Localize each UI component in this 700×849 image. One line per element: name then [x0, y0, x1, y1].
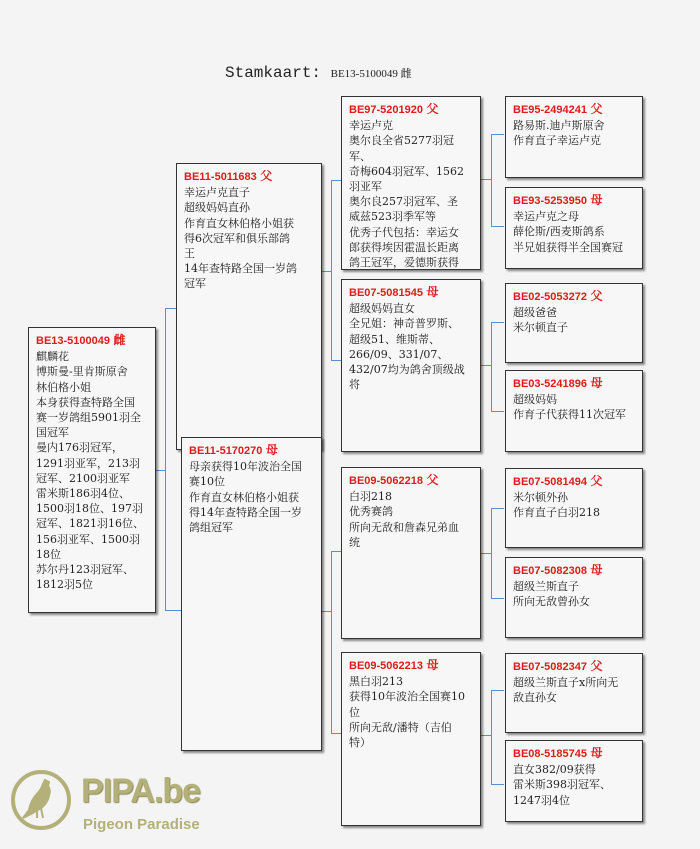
card-line: 超级51、维斯蒂、	[349, 332, 474, 347]
card-line: 威兹523羽季军等	[349, 209, 474, 224]
connector	[331, 551, 332, 733]
ring-number: BE09-5062213	[349, 660, 423, 672]
card-line: 冠军、1821羽16位、	[36, 516, 149, 531]
card-line: 本身获得查特路全国	[36, 395, 149, 410]
connector	[165, 308, 166, 610]
card-line: 优秀子代包括：幸运女	[349, 225, 474, 240]
card-line: 母亲获得10年波治全国	[189, 459, 315, 474]
sex-marker: 雌	[114, 333, 126, 347]
connector	[321, 611, 331, 612]
ring-number: BE95-2494241	[513, 104, 587, 116]
great-grandparent-card: BE02-5053272 父 超级爸爸 米尔顿直子	[505, 283, 643, 363]
connector	[331, 551, 341, 552]
ring-number: BE11-5170270	[189, 445, 262, 457]
card-line: 18位	[36, 547, 149, 562]
card-line: 路易斯.迪卢斯原舍	[513, 118, 636, 133]
connector	[331, 733, 341, 734]
card-line: 薛伦斯/西麦斯鸽系	[513, 224, 636, 239]
connector	[491, 508, 492, 598]
ring-header: BE97-5201920 父	[349, 102, 474, 118]
card-line: 156羽亚军、1500羽	[36, 532, 149, 547]
card-line: 14年查特路全国一岁鸽	[184, 261, 315, 276]
connector	[481, 735, 491, 736]
sex-marker: 母	[591, 563, 603, 577]
pigeon-emblem-icon	[11, 770, 71, 830]
pedigree-title: Stamkaart: BE13-5100049 雌	[225, 64, 412, 82]
ring-header: BE11-5011683 父	[184, 169, 315, 185]
great-grandparent-card: BE93-5253950 母 幸运卢克之母 薛伦斯/西麦斯鸽系 半兄姐获得半全国…	[505, 187, 643, 269]
card-line: 幸运卢克直子	[184, 185, 315, 200]
ring-header: BE13-5100049 雌	[36, 333, 149, 349]
ring-header: BE08-5185745 母	[513, 746, 636, 762]
subject-card: BE13-5100049 雌 麒麟花 博斯曼-里肯斯原舍 林伯格小姐 本身获得查…	[28, 327, 156, 613]
card-line: 奇梅604羽冠军、1562	[349, 164, 474, 179]
ring-number: BE93-5253950	[513, 195, 587, 207]
card-line: 冠军、2100羽亚军	[36, 471, 149, 486]
card-line: 国冠军	[36, 425, 149, 440]
connector	[491, 690, 492, 784]
grandparent-card: BE09-5062218 父 白羽218 优秀赛鸽 所向无敌和詹森兄弟血 统	[341, 467, 481, 639]
ring-header: BE03-5241896 母	[513, 376, 636, 392]
card-line: 麒麟花	[36, 349, 149, 364]
great-grandparent-card: BE07-5082347 父 超级兰斯直子x所向无 敌直孙女	[505, 653, 643, 733]
card-line: 幸运卢克	[349, 118, 474, 133]
card-line: 特）	[349, 735, 474, 750]
ring-header: BE95-2494241 父	[513, 102, 636, 118]
ring-number: BE13-5100049	[36, 335, 110, 347]
card-line: 米尔顿直子	[513, 320, 636, 335]
ring-number: BE07-5081494	[513, 476, 587, 488]
connector	[491, 322, 504, 323]
card-line: 432/07均为鸽舍顶级战	[349, 362, 474, 377]
card-line: 作育直女林伯格小姐获	[189, 490, 315, 505]
card-line: 获得10年波治全国赛10	[349, 689, 474, 704]
connector	[491, 690, 504, 691]
card-line: 白羽218	[349, 489, 474, 504]
card-line: 所向无敌/潘特（吉伯	[349, 720, 474, 735]
card-line: 所向无敌曾孙女	[513, 594, 636, 609]
connector	[491, 784, 504, 785]
ring-number: BE07-5081545	[349, 287, 423, 299]
logo-tagline: Pigeon Paradise	[83, 816, 200, 833]
card-line: 雷米斯186羽4位、	[36, 486, 149, 501]
card-line: 超级妈妈直孙	[184, 200, 315, 215]
connector	[165, 308, 176, 309]
card-line: 博斯曼-里肯斯原舍	[36, 364, 149, 379]
sex-marker: 父	[591, 659, 603, 673]
card-line: 1291羽亚军，213羽	[36, 456, 149, 471]
grandparent-card: BE07-5081545 母 超级妈妈直女 全兄姐：神奇普罗斯、 超级51、维斯…	[341, 279, 481, 452]
ring-header: BE02-5053272 父	[513, 289, 636, 305]
card-line: 优秀赛鸽	[349, 504, 474, 519]
sex-marker: 母	[427, 285, 439, 299]
connector	[481, 553, 491, 554]
pipa-logo: PIPA.be Pigeon Paradise	[5, 768, 220, 843]
connector	[491, 322, 492, 411]
ring-number: BE08-5185745	[513, 748, 587, 760]
ring-header: BE07-5082347 父	[513, 659, 636, 675]
card-line: 半兄姐获得半全国赛冠	[513, 240, 636, 255]
card-line: 作育子代获得11次冠军	[513, 407, 636, 422]
card-line: 鸽组冠军	[189, 520, 315, 535]
great-grandparent-card: BE95-2494241 父 路易斯.迪卢斯原舍 作育直子幸运卢克	[505, 96, 643, 178]
card-line: 266/09、331/07、	[349, 347, 474, 362]
sex-marker: 母	[591, 193, 603, 207]
card-line: 奥尔良257羽冠军、圣	[349, 194, 474, 209]
dam-card: BE11-5170270 母 母亲获得10年波治全国 赛10位 作育直女林伯格小…	[181, 437, 322, 751]
card-line: 将	[349, 377, 474, 392]
card-line: 赛一岁鸽组5901羽全	[36, 410, 149, 425]
card-line: 得6次冠军和俱乐部鸽	[184, 231, 315, 246]
connector	[491, 411, 504, 412]
card-line: 林伯格小姐	[36, 380, 149, 395]
sex-marker: 母	[427, 658, 439, 672]
card-line: 敌直孙女	[513, 690, 636, 705]
sex-marker: 父	[591, 474, 603, 488]
card-line: 苏尔丹123羽冠军、	[36, 562, 149, 577]
card-line: 作育直子幸运卢克	[513, 133, 636, 148]
card-line: 超级妈妈直女	[349, 301, 474, 316]
ring-number: BE07-5082347	[513, 661, 587, 673]
connector	[155, 470, 165, 471]
logo-wordmark: PIPA.be	[81, 772, 200, 811]
card-line: 1247羽4位	[513, 793, 636, 808]
great-grandparent-card: BE07-5081494 父 米尔顿外孙 作育直子白羽218	[505, 468, 643, 548]
connector	[165, 610, 181, 611]
card-line: 郎获得埃因霍温长距离	[349, 240, 474, 255]
sex-marker: 父	[260, 169, 272, 183]
card-line: 1812羽5位	[36, 577, 149, 592]
card-line: 得14年查特路全国一岁	[189, 505, 315, 520]
great-grandparent-card: BE03-5241896 母 超级妈妈 作育子代获得11次冠军	[505, 370, 643, 452]
card-line: 直女382/09获得	[513, 762, 636, 777]
card-line: 统	[349, 535, 474, 550]
card-line: 作育直子白羽218	[513, 505, 636, 520]
ring-number: BE97-5201920	[349, 104, 423, 116]
card-line: 全兄姐：神奇普罗斯、	[349, 316, 474, 331]
card-line: 幸运卢克之母	[513, 209, 636, 224]
ring-header: BE93-5253950 母	[513, 193, 636, 209]
card-line: 作育直女林伯格小姐获	[184, 216, 315, 231]
great-grandparent-card: BE08-5185745 母 直女382/09获得 雷米斯398羽冠军、 124…	[505, 740, 643, 822]
card-line: 羽亚军	[349, 179, 474, 194]
connector	[331, 360, 341, 361]
connector	[491, 598, 504, 599]
ring-header: BE07-5082308 母	[513, 563, 636, 579]
connector	[491, 134, 492, 226]
ring-header: BE09-5062213 母	[349, 658, 474, 674]
card-line: 王	[184, 246, 315, 261]
sex-marker: 父	[427, 473, 439, 487]
card-line: 雷米斯398羽冠军、	[513, 777, 636, 792]
card-line: 1500羽18位、197羽	[36, 501, 149, 516]
ring-number: BE09-5062218	[349, 475, 423, 487]
title-subject: BE13-5100049 雌	[331, 68, 412, 80]
sire-card: BE11-5011683 父 幸运卢克直子 超级妈妈直孙 作育直女林伯格小姐获 …	[176, 163, 322, 450]
connector	[491, 226, 504, 227]
connector	[331, 180, 341, 181]
sex-marker: 母	[591, 746, 603, 760]
card-line: 超级兰斯直子	[513, 579, 636, 594]
connector	[491, 508, 504, 509]
sex-marker: 父	[591, 289, 603, 303]
title-label: Stamkaart:	[225, 64, 321, 82]
sex-marker: 父	[591, 102, 603, 116]
connector	[481, 179, 491, 180]
ring-number: BE07-5082308	[513, 565, 587, 577]
great-grandparent-card: BE07-5082308 母 超级兰斯直子 所向无敌曾孙女	[505, 557, 643, 638]
connector	[481, 365, 491, 366]
card-line: 赛10位	[189, 474, 315, 489]
ring-number: BE02-5053272	[513, 291, 587, 303]
ring-header: BE11-5170270 母	[189, 443, 315, 459]
sex-marker: 母	[266, 443, 278, 457]
card-line: 鸽王冠军，爱德斯获得	[349, 255, 474, 270]
grandparent-card: BE09-5062213 母 黑白羽213 获得10年波治全国赛10 位 所向无…	[341, 652, 481, 826]
connector	[321, 271, 331, 272]
card-line: 超级兰斯直子x所向无	[513, 675, 636, 690]
ring-header: BE07-5081545 母	[349, 285, 474, 301]
card-line: 冠军	[184, 276, 315, 291]
card-line: 位	[349, 705, 474, 720]
grandparent-card: BE97-5201920 父 幸运卢克 奥尔良全省5277羽冠军、 奇梅604羽…	[341, 96, 481, 270]
sex-marker: 母	[591, 376, 603, 390]
card-line: 米尔顿外孙	[513, 490, 636, 505]
card-line: 所向无敌和詹森兄弟血	[349, 520, 474, 535]
connector	[331, 180, 332, 360]
card-line: 超级妈妈	[513, 392, 636, 407]
sex-marker: 父	[427, 102, 439, 116]
ring-number: BE03-5241896	[513, 378, 587, 390]
card-line: 超级爸爸	[513, 305, 636, 320]
ring-header: BE09-5062218 父	[349, 473, 474, 489]
connector	[491, 134, 504, 135]
card-line: 曼内176羽冠军，	[36, 440, 149, 455]
ring-number: BE11-5011683	[184, 171, 257, 183]
card-line: 奥尔良全省5277羽冠军、	[349, 133, 474, 163]
ring-header: BE07-5081494 父	[513, 474, 636, 490]
card-line: 黑白羽213	[349, 674, 474, 689]
